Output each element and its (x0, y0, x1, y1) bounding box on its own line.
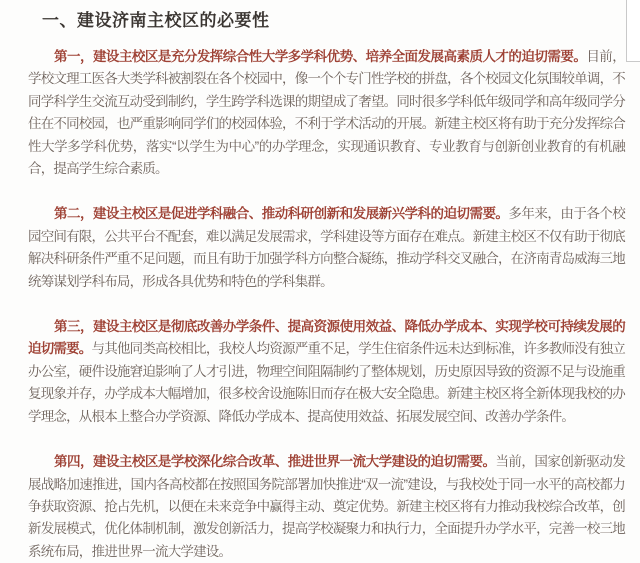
paragraph-1-lead: 第一，建设主校区是充分发挥综合性大学多学科优势、培养全面发展高素质人才的迫切需要… (54, 49, 586, 64)
paragraph-4-text: 当前，国家创新驱动发展战略加速推进，国内各高校都在按照国务院部署加快推进“双一流… (28, 454, 625, 559)
paragraph-2: 第二，建设主校区是促进学科融合、推动科研创新和发展新兴学科的迫切需要。多年来，由… (28, 203, 625, 293)
paragraph-1-text: 目前，学校文理工医各大类学科被割裂在各个校园中，像一个个专门性学校的拼盘，各个校… (28, 49, 625, 176)
section-heading: 一、建设济南主校区的必要性 (0, 0, 640, 31)
article-page: 一、建设济南主校区的必要性 第一，建设主校区是充分发挥综合性大学多学科优势、培养… (0, 0, 640, 563)
paragraph-3-text: 与其他同类高校相比，我校人均资源严重不足，学生住宿条件远未达到标准，许多教师没有… (28, 341, 625, 423)
article-body: 第一，建设主校区是充分发挥综合性大学多学科优势、培养全面发展高素质人才的迫切需要… (28, 46, 625, 563)
paragraph-3: 第三，建设主校区是彻底改善办学条件、提高资源使用效益、降低办学成本、实现学校可持… (28, 316, 625, 428)
top-right-overlay-artifact (626, 0, 640, 62)
paragraph-2-lead: 第二，建设主校区是促进学科融合、推动科研创新和发展新兴学科的迫切需要。 (54, 206, 508, 221)
paragraph-1: 第一，建设主校区是充分发挥综合性大学多学科优势、培养全面发展高素质人才的迫切需要… (28, 46, 625, 180)
paragraph-4: 第四，建设主校区是学校深化综合改革、推进世界一流大学建设的迫切需要。当前，国家创… (28, 451, 625, 563)
paragraph-4-lead: 第四，建设主校区是学校深化综合改革、推进世界一流大学建设的迫切需要。 (54, 454, 495, 469)
